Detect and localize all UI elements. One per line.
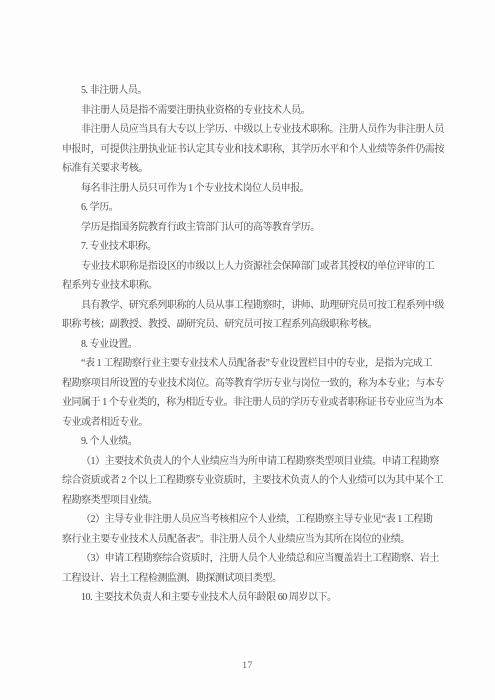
text-line: 非注册人员应当具有大专以上学历、中级以上专业技术职称。注册人员作为非注册人员 [62, 120, 440, 140]
text-line: 专业技术职称是指设区的市级以上人力资源社会保障部门或者其授权的单位评审的工 [62, 257, 440, 277]
text-line: 综合资质或者 2 个以上工程勘察专业资质时，主要技术负责人的个人业绩可以为其中某… [62, 471, 440, 491]
text-line: 每名非注册人员只可作为 1 个专业技术岗位人员申报。 [62, 179, 440, 199]
text-line: 察行业主要专业技术人员配备表”。非注册人员个人业绩应当为其所在岗位的业绩。 [62, 530, 440, 550]
text-line: （1）主要技术负责人的个人业绩应当为所申请工程勘察类型项目业绩。申请工程勘察 [62, 452, 440, 472]
text-line: 工程设计、岩土工程检测监测、勘探测试项目类型。 [62, 569, 440, 589]
text-line: 具有教学、研究系列职称的人员从事工程勘察时，讲师、助理研究员可按工程系列中级 [62, 296, 440, 316]
text-line: 职称考核；副教授、教授、副研究员、研究员可按工程系列高级职称考核。 [62, 315, 440, 335]
text-line: 6. 学历。 [62, 198, 440, 218]
document-body: 5. 非注册人员。非注册人员是指不需要注册执业资格的专业技术人员。非注册人员应当… [62, 81, 440, 608]
text-line: 程系列专业技术职称。 [62, 276, 440, 296]
text-line: “表 1 工程勘察行业主要专业技术人员配备表”专业设置栏目中的专业，是指为完成工 [62, 354, 440, 374]
text-line: （3）申请工程勘察综合资质时，注册人员个人业绩总和应当覆盖岩土工程勘察、岩土 [62, 549, 440, 569]
text-line: 7. 专业技术职称。 [62, 237, 440, 257]
page-number: 17 [0, 659, 495, 673]
text-line: 9. 个人业绩。 [62, 432, 440, 452]
text-line: 8. 专业设置。 [62, 335, 440, 355]
text-line: 标准有关要求考核。 [62, 159, 440, 179]
text-line: 5. 非注册人员。 [62, 81, 440, 101]
text-line: 专业或者相近专业。 [62, 413, 440, 433]
text-line: 非注册人员是指不需要注册执业资格的专业技术人员。 [62, 101, 440, 121]
text-line: 业同属于 1 个专业类的，称为相近专业。非注册人员的学历专业或者职称证书专业应当… [62, 393, 440, 413]
text-line: 程勘察项目所设置的专业技术岗位。高等教育学历专业与岗位一致的，称为本专业；与本专 [62, 374, 440, 394]
text-line: 10. 主要技术负责人和主要专业技术人员年龄限 60 周岁以下。 [62, 588, 440, 608]
text-line: （2）主导专业非注册人员应当考核相应个人业绩，工程勘察主导专业见“表 1 工程勘 [62, 510, 440, 530]
text-line: 学历是指国务院教育行政主管部门认可的高等教育学历。 [62, 218, 440, 238]
text-line: 申报时，可提供注册执业证书认定其专业和技术职称，其学历水平和个人业绩等条件仍需按 [62, 140, 440, 160]
document-page: 5. 非注册人员。非注册人员是指不需要注册执业资格的专业技术人员。非注册人员应当… [0, 0, 495, 700]
text-line: 程勘察类型项目业绩。 [62, 491, 440, 511]
